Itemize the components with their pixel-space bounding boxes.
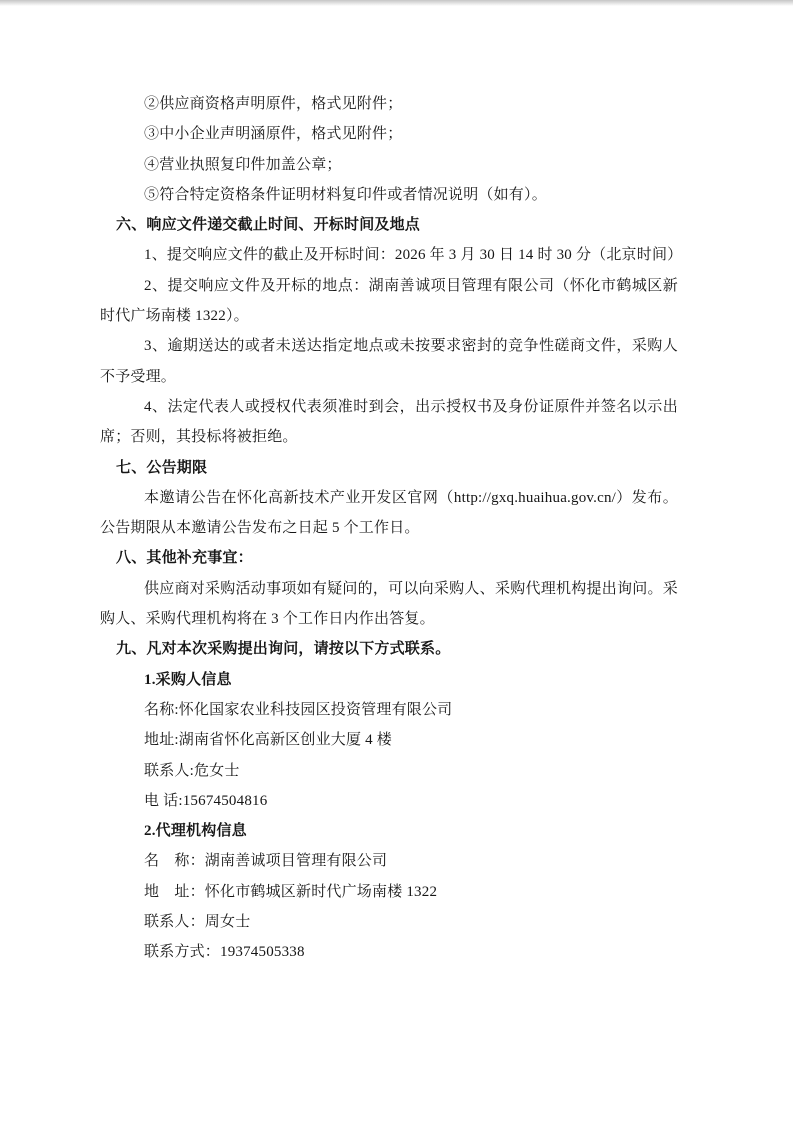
section-6-heading: 六、响应文件递交截止时间、开标时间及地点 [100, 210, 678, 240]
purchaser-contact-person: 联系人:危女士 [100, 756, 678, 786]
purchaser-info-heading: 1.采购人信息 [100, 665, 678, 695]
section-8-para-inquiries: 供应商对采购活动事项如有疑问的，可以向采购人、采购代理机构提出询问。采购人、采购… [100, 574, 678, 635]
document-content: ②供应商资格声明原件，格式见附件； ③中小企业声明涵原件，格式见附件； ④营业执… [100, 89, 678, 968]
agency-contact-person: 联系人：周女士 [100, 907, 678, 937]
attachment-item-supplier-qualification: ②供应商资格声明原件，格式见附件； [100, 89, 678, 119]
section-8-heading: 八、其他补充事宜： [100, 543, 678, 573]
page-edge-shadow [0, 0, 793, 6]
attachment-item-sme-declaration: ③中小企业声明涵原件，格式见附件； [100, 119, 678, 149]
section-6-para-representative: 4、法定代表人或授权代表须准时到会，出示授权书及身份证原件并签名以示出席；否则，… [100, 392, 678, 453]
section-6-para-late-delivery: 3、逾期送达的或者未送达指定地点或未按要求密封的竞争性磋商文件，采购人不予受理。 [100, 331, 678, 392]
section-9-heading: 九、凡对本次采购提出询问，请按以下方式联系。 [100, 634, 678, 664]
agency-phone: 联系方式：19374505338 [100, 937, 678, 967]
attachment-item-business-license: ④营业执照复印件加盖公章； [100, 150, 678, 180]
agency-name: 名 称：湖南善诚项目管理有限公司 [100, 846, 678, 876]
attachment-item-special-qualification: ⑤符合特定资格条件证明材料复印件或者情况说明（如有）。 [100, 180, 678, 210]
section-6-para-location: 2、提交响应文件及开标的地点：湖南善诚项目管理有限公司（怀化市鹤城区新时代广场南… [100, 271, 678, 332]
section-7-para-announcement-period: 本邀请公告在怀化高新技术产业开发区官网（http://gxq.huaihua.g… [100, 483, 678, 544]
document-page: ②供应商资格声明原件，格式见附件； ③中小企业声明涵原件，格式见附件； ④营业执… [0, 0, 793, 1122]
purchaser-phone: 电 话:15674504816 [100, 786, 678, 816]
agency-address: 地 址：怀化市鹤城区新时代广场南楼 1322 [100, 877, 678, 907]
section-6-para-deadline: 1、提交响应文件的截止及开标时间：2026 年 3 月 30 日 14 时 30… [100, 240, 678, 270]
agency-info-heading: 2.代理机构信息 [100, 816, 678, 846]
section-7-heading: 七、公告期限 [100, 453, 678, 483]
purchaser-name: 名称:怀化国家农业科技园区投资管理有限公司 [100, 695, 678, 725]
purchaser-address: 地址:湖南省怀化高新区创业大厦 4 楼 [100, 725, 678, 755]
